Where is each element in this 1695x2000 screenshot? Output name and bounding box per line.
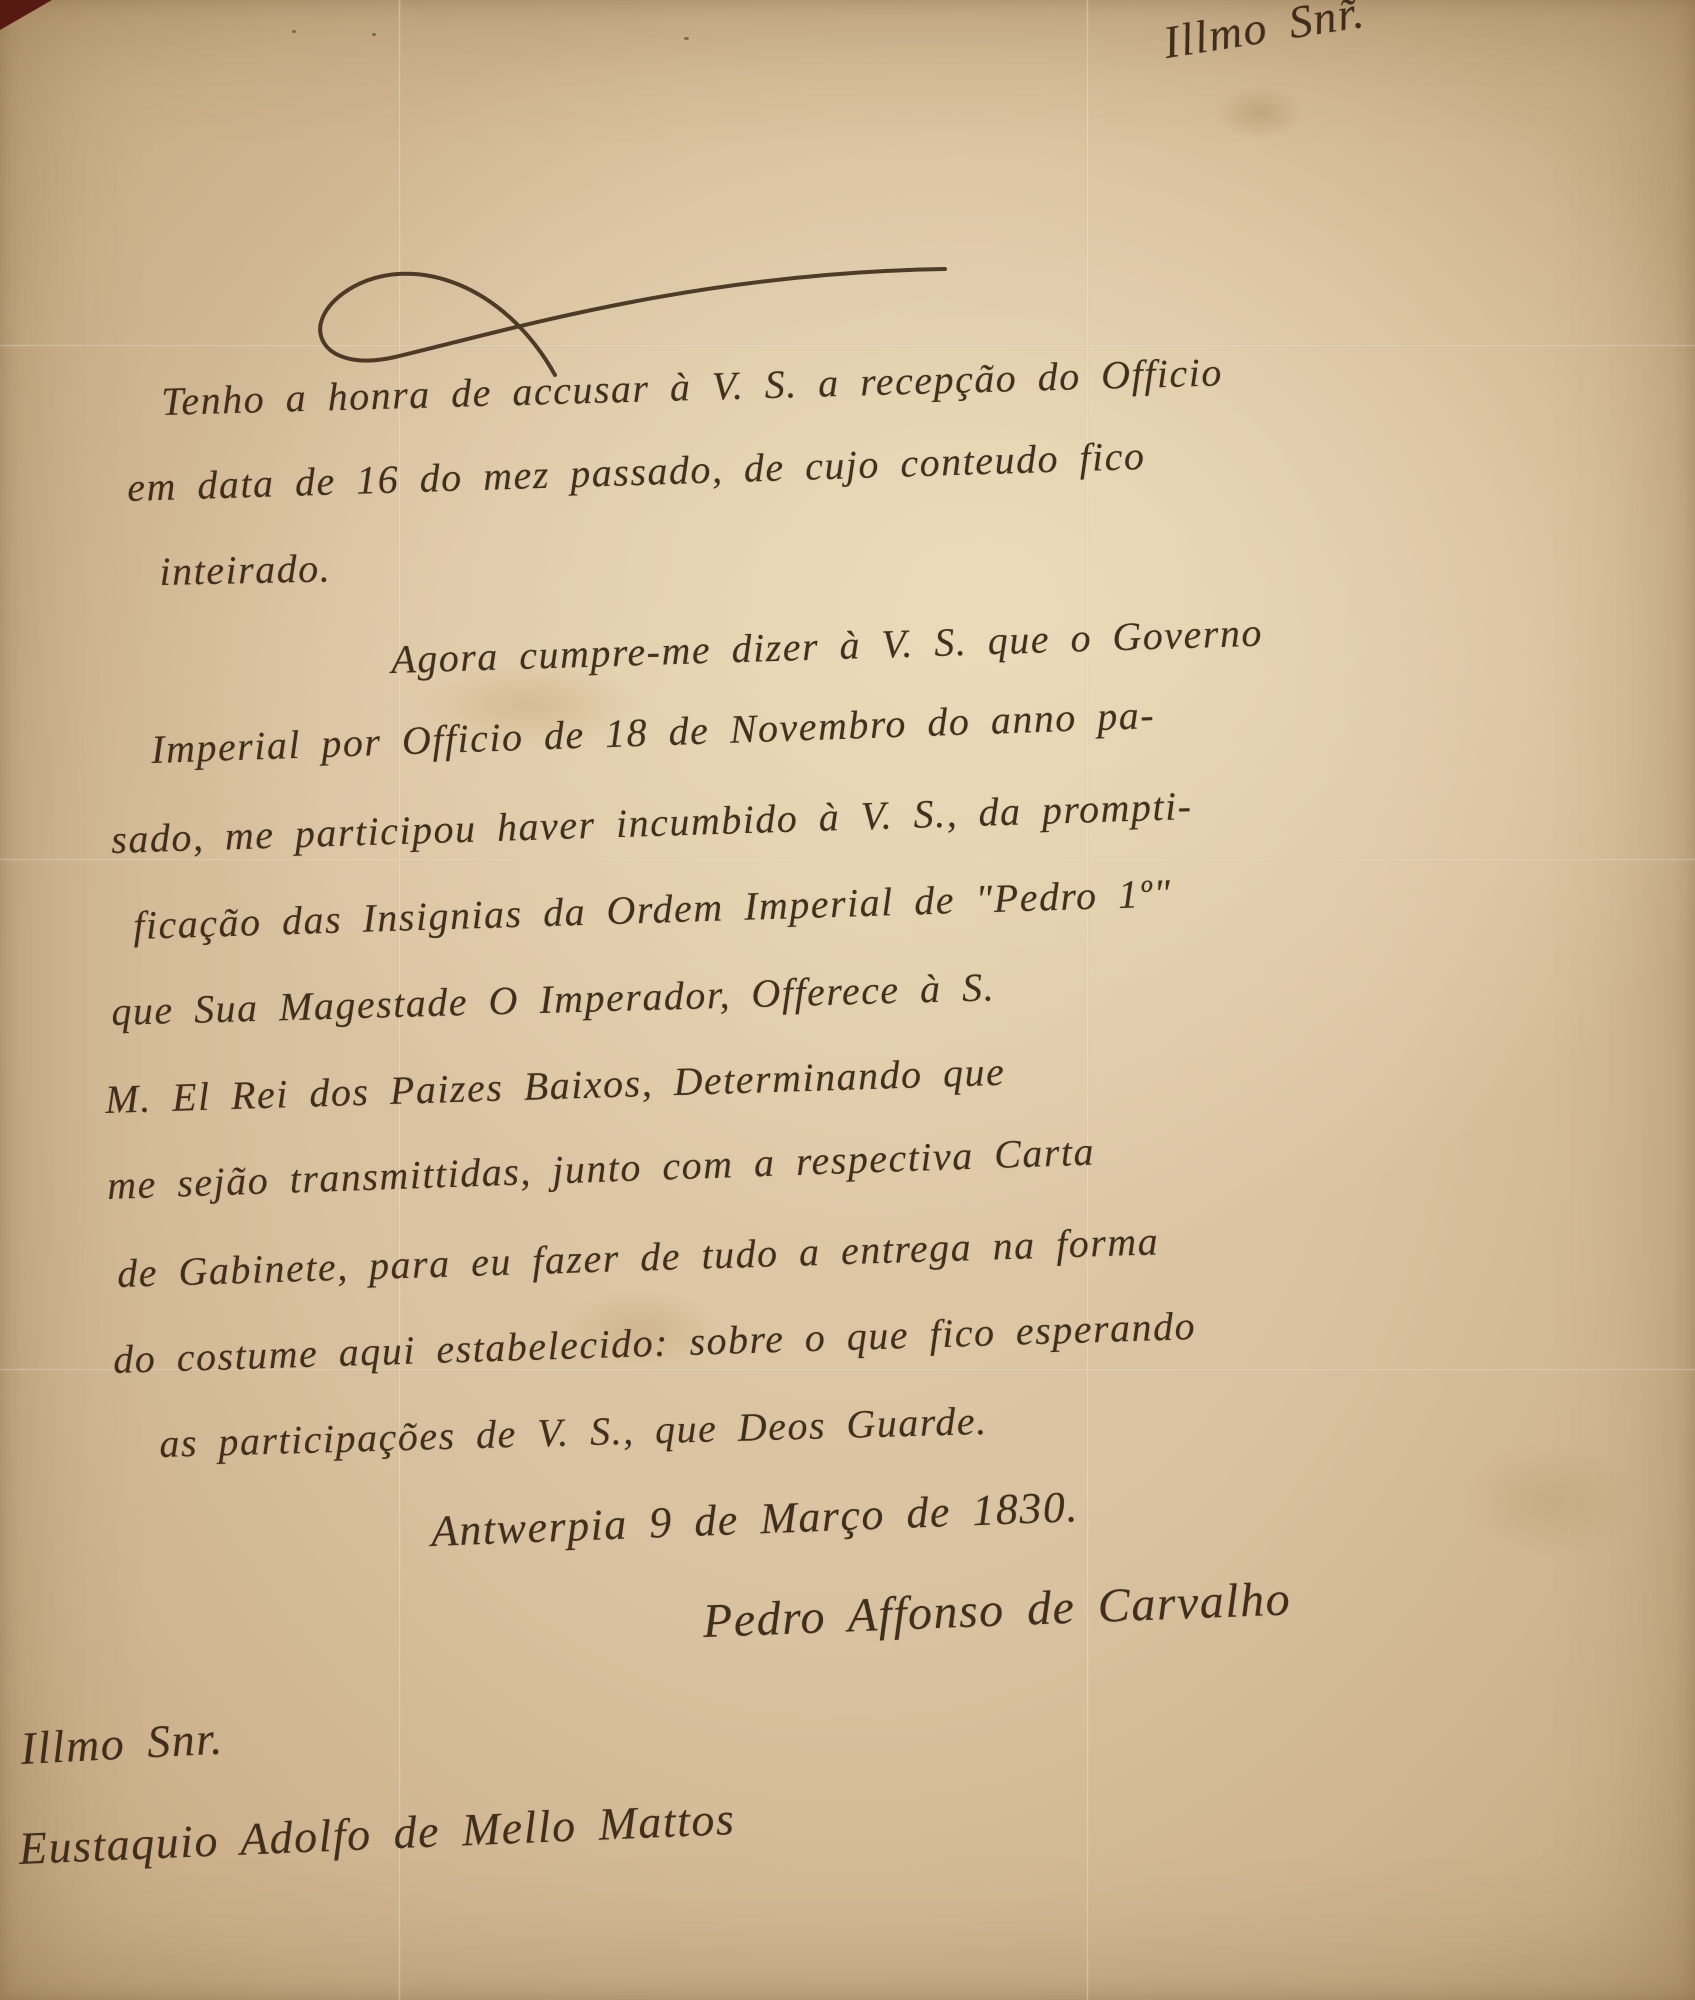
letter-line: do costume aqui estabelecido: sobre o qu…	[113, 1302, 1197, 1383]
fold-crease-horizontal	[0, 344, 1695, 347]
addressee-honorific: Illmo Snr.	[19, 1711, 224, 1775]
ink-speck	[292, 30, 296, 33]
ink-speck	[684, 37, 689, 40]
letter-page: Illmo Snr̃. Tenho a honra de accusar à V…	[0, 0, 1695, 2000]
letter-line: de Gabinete, para eu fazer de tudo a ent…	[117, 1217, 1160, 1297]
letter-line: inteirado.	[159, 544, 332, 595]
dateline: Antwerpia 9 de Março de 1830.	[430, 1481, 1080, 1557]
letter-line: me sejão transmittidas, junto com a resp…	[106, 1128, 1095, 1209]
signature: Pedro Affonso de Carvalho	[702, 1571, 1292, 1649]
fold-crease-vertical	[1086, 0, 1089, 2000]
corner-tear-mark	[0, 0, 52, 30]
salutation-top: Illmo Snr̃.	[1160, 0, 1369, 69]
letter-line: Tenho a honra de accusar à V. S. a recep…	[161, 348, 1224, 425]
letter-line: as participações de V. S., que Deos Guar…	[159, 1397, 989, 1467]
letter-line: sado, me participou haver incumbido à V.…	[111, 782, 1194, 863]
ink-speck	[372, 33, 376, 36]
letter-line: em data de 16 do mez passado, de cujo co…	[127, 432, 1147, 511]
letter-line: M. El Rei dos Paizes Baixos, Determinand…	[105, 1048, 1006, 1123]
letter-line: Agora cumpre-me dizer à V. S. que o Gove…	[391, 609, 1264, 683]
letter-line: ficação das Insignias da Ordem Imperial …	[133, 869, 1173, 949]
paper-stain	[1460, 1440, 1640, 1560]
addressee-name: Eustaquio Adolfo de Mello Mattos	[18, 1792, 736, 1875]
paper-stain	[1215, 85, 1305, 140]
letter-line: que Sua Magestade O Imperador, Offerece …	[111, 963, 996, 1035]
letter-line: Imperial por Officio de 18 de Novembro d…	[150, 691, 1155, 773]
